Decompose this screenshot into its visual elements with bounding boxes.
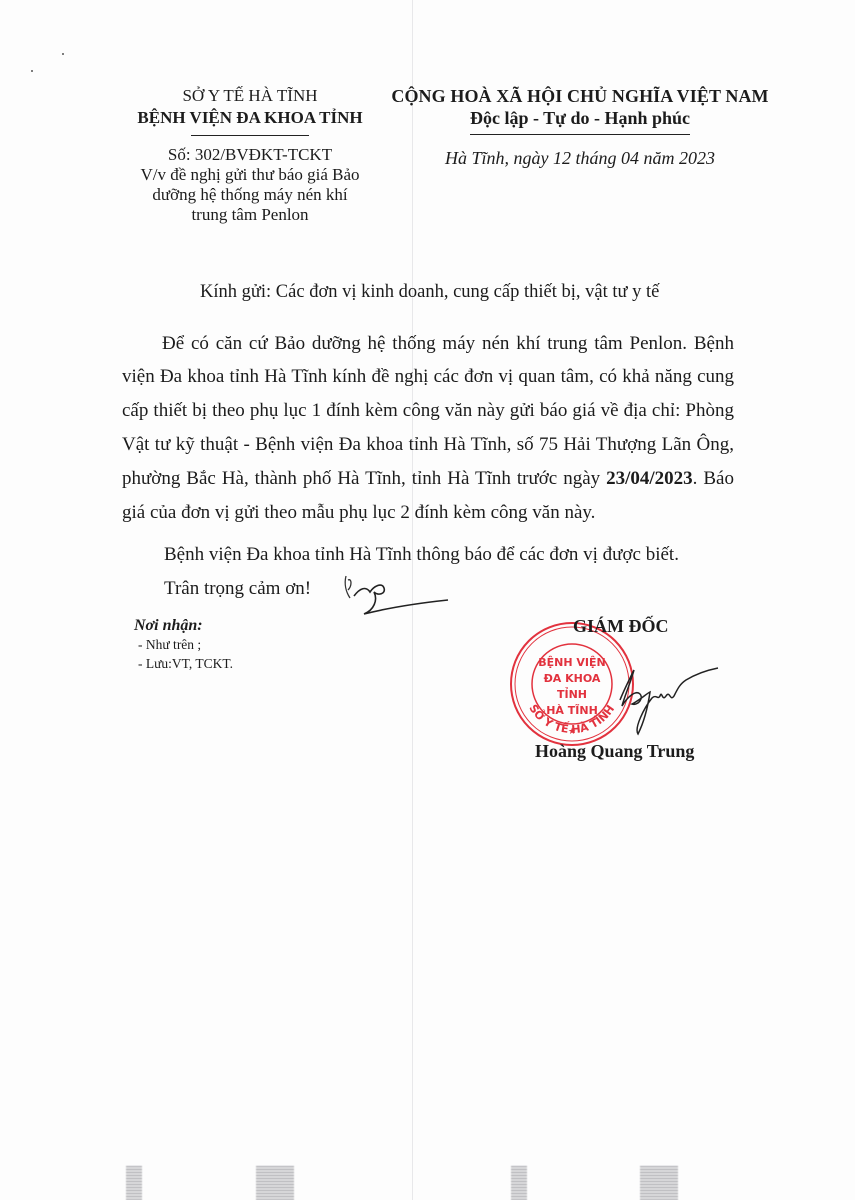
scan-smudge — [126, 1166, 142, 1200]
document-subject-line: trung tâm Penlon — [100, 205, 400, 225]
scan-smudge — [640, 1166, 678, 1200]
national-header-block: CỘNG HOÀ XÃ HỘI CHỦ NGHĨA VIỆT NAM Độc l… — [370, 85, 790, 169]
scan-smudge — [256, 1166, 294, 1200]
scan-speck — [31, 70, 33, 72]
stamp-star-icon: ★ — [568, 726, 576, 736]
national-title: CỘNG HOÀ XÃ HỘI CHỦ NGHĨA VIỆT NAM — [370, 85, 790, 107]
signatory-name: Hoàng Quang Trung — [535, 741, 694, 762]
distribution-item: - Lưu:VT, TCKT. — [138, 656, 233, 672]
notice-paragraph: Bệnh viện Đa khoa tỉnh Hà Tĩnh thông báo… — [164, 545, 679, 565]
deadline-date: 23/04/2023 — [606, 468, 693, 489]
issuer-department: SỞ Y TẾ HÀ TĨNH — [100, 85, 400, 107]
place-and-date: Hà Tĩnh, ngày 12 tháng 04 năm 2023 — [370, 147, 790, 169]
signatory-title: GIÁM ĐỐC — [573, 616, 669, 637]
recipient-line: Kính gửi: Các đơn vị kinh doanh, cung cấ… — [200, 282, 659, 303]
issuer-underline — [191, 135, 309, 136]
body-line: viện Đa khoa tỉnh Hà Tĩnh kính đề nghị c… — [122, 367, 734, 387]
body-line: Vật tư kỹ thuật - Bệnh viện Đa khoa tỉnh… — [122, 435, 734, 455]
initial-signature — [340, 570, 452, 622]
issuer-organization: BỆNH VIỆN ĐA KHOA TỈNH — [100, 107, 400, 129]
body-line-with-deadline: phường Bắc Hà, thành phố Hà Tĩnh, tỉnh H… — [122, 469, 734, 489]
stamp-line: BỆNH VIỆN — [538, 656, 605, 669]
national-motto: Độc lập - Tự do - Hạnh phúc — [370, 107, 790, 129]
body-line: cấp thiết bị theo phụ lục 1 đính kèm côn… — [122, 401, 734, 421]
stamp-line: HÀ TĨNH — [546, 704, 598, 717]
body-line: Để có căn cứ Bảo dưỡng hệ thống máy nén … — [162, 334, 734, 354]
director-signature — [600, 660, 720, 740]
motto-underline — [470, 134, 690, 135]
distribution-item: - Như trên ; — [138, 637, 201, 653]
body-text: . Báo — [693, 468, 734, 489]
closing-line: Trân trọng cảm ơn! — [164, 579, 311, 599]
stamp-line: TỈNH — [557, 687, 587, 701]
distribution-label: Nơi nhận: — [134, 617, 203, 635]
scan-smudge — [511, 1166, 527, 1200]
document-number: Số: 302/BVĐKT-TCKT — [100, 145, 400, 165]
body-text: phường Bắc Hà, thành phố Hà Tĩnh, tỉnh H… — [122, 468, 600, 489]
body-line: giá của đơn vị gửi theo mẫu phụ lục 2 đí… — [122, 503, 734, 523]
document-subject-line: dưỡng hệ thống máy nén khí — [100, 185, 400, 205]
stamp-line: ĐA KHOA — [544, 672, 601, 685]
issuer-block: SỞ Y TẾ HÀ TĨNH BỆNH VIỆN ĐA KHOA TỈNH S… — [100, 85, 400, 225]
scan-speck — [62, 53, 64, 55]
document-subject-line: V/v đề nghị gửi thư báo giá Bảo — [100, 165, 400, 185]
